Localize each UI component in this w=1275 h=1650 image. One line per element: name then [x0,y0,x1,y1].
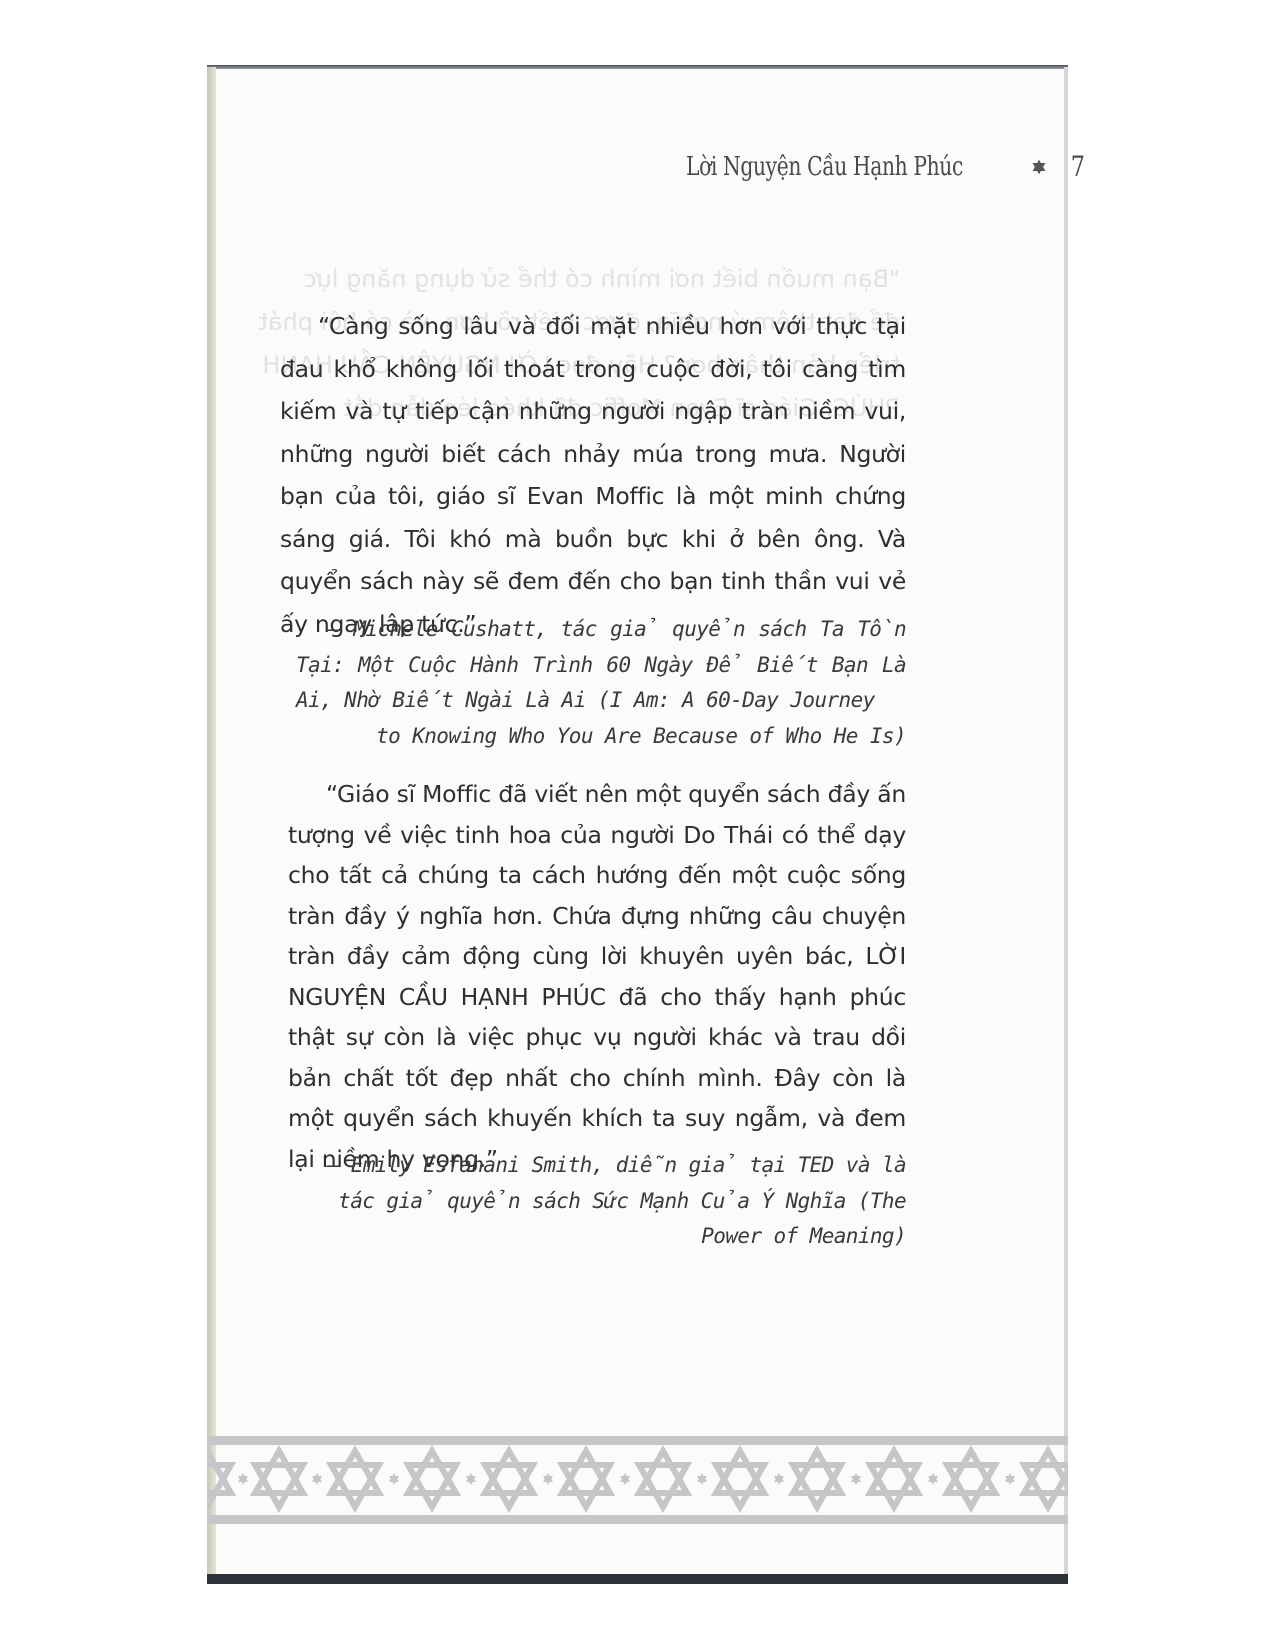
attribution-text: Power of Meaning) [320,1219,906,1255]
attribution-text: tác giả quyển sách Sức Mạnh Của Ý Nghĩa … [320,1184,906,1220]
small-star-icon [774,1473,784,1485]
star-of-david-icon [331,1451,379,1507]
running-head: Lời Nguyện Cầu Hạnh Phúc 7 [686,150,1087,183]
page-top-edge [207,65,1068,69]
small-star-icon [1005,1473,1015,1485]
star-of-david-icon [947,1451,995,1507]
small-star-icon [238,1473,248,1485]
attribution-text: to Knowing Who You Are Because of Who He… [296,719,906,755]
star-of-david-icon [639,1451,687,1507]
attribution-text: – Michele Cushatt, tác giả quyển sách Ta… [296,617,906,712]
star-of-david-icon [408,1451,456,1507]
star-of-david-icon [207,1451,231,1507]
star-of-david-icon [485,1451,533,1507]
star-of-david-icon [793,1451,841,1507]
small-star-icon [466,1473,476,1485]
star-pattern [207,1436,1068,1524]
testimonial-attribution: – Emily Esfahani Smith, diễn giả tại TED… [320,1148,906,1255]
star-of-david-icon [562,1451,610,1507]
small-star-icon [312,1473,322,1485]
small-star-icon [851,1473,861,1485]
star-of-david-icon [1031,159,1047,175]
attribution-text: – Emily Esfahani Smith, diễn giả tại TED… [320,1148,906,1184]
testimonial-quote: “Càng sống lâu và đối mặt nhiều hơn với … [280,305,906,645]
page-number: 7 [1071,150,1085,183]
page-bottom-edge [207,1574,1068,1584]
testimonial-attribution: – Michele Cushatt, tác giả quyển sách Ta… [296,612,906,754]
decorative-star-band [207,1436,1068,1524]
star-of-david-icon [870,1451,918,1507]
star-of-david-icon [716,1451,764,1507]
page-gutter [207,67,216,1579]
small-star-icon [389,1473,399,1485]
page-right-edge [1064,67,1068,1579]
book-title: Lời Nguyện Cầu Hạnh Phúc [686,152,963,182]
band-stripe-bottom [207,1515,1068,1524]
small-star-icon [928,1473,938,1485]
small-star-icon [543,1473,553,1485]
star-of-david-icon [1024,1451,1068,1507]
small-star-icon [620,1473,630,1485]
star-of-david-icon [255,1451,303,1507]
small-star-icon [697,1473,707,1485]
testimonial-quote: “Giáo sĩ Moffic đã viết nên một quyển sá… [288,774,906,1179]
